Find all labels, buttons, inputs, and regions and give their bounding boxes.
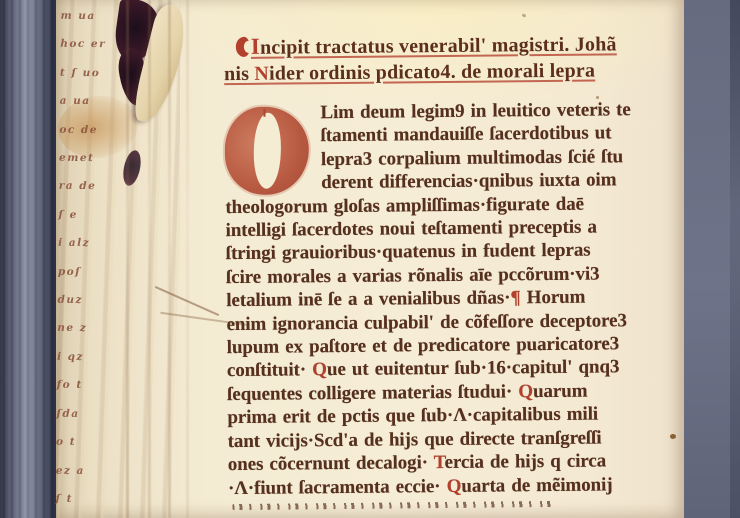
text-segment: prima erit de pctis que ſub·Λ·capitalibu… xyxy=(227,404,598,429)
text-line: conſtituit· Que ut euitentur ſub·16·capi… xyxy=(227,355,665,383)
rubric-segment: ¶ xyxy=(510,288,520,309)
text-line: ·Λ·fiunt ſacramenta eccie· Quarta de mẽi… xyxy=(228,472,666,500)
text-segment: letalium inē ſe a a venialibus dñas· xyxy=(226,288,510,312)
marginalia-line: o t xyxy=(54,428,110,457)
spine-fragment-strip: m ua hoc er t ſ uo a ua oc de emet ra de… xyxy=(56,0,180,518)
text-segment: ſtamenti mandauiſſe ſacerdotibus ut xyxy=(321,123,612,147)
heading-line: Incipit tractatus venerabil' magistri. J… xyxy=(224,30,617,61)
cut-off-text-line xyxy=(232,501,552,510)
text-segment: tant vicijs·Scd'a de hijs que directe tr… xyxy=(228,427,602,452)
text-segment: ſcire morales a varias rõnalis aīe pccõr… xyxy=(226,263,600,288)
text-segment: ones cõcernunt decalogi· xyxy=(228,452,434,475)
paper-speck xyxy=(670,434,676,439)
text-segment: ſtringi grauioribus·quatenus in fudent l… xyxy=(226,240,591,264)
marginalia-line: hoc er xyxy=(58,30,114,59)
heading-line: nis Nider ordinis pdicato4. de morali le… xyxy=(224,57,662,87)
text-segment: theologorum gloſas ampliſſimas·figurate … xyxy=(225,193,584,217)
marginalia-line: ſ e xyxy=(56,201,112,230)
marginalia-line: emet xyxy=(57,144,113,173)
backdrop-right-shadow xyxy=(730,0,740,518)
text-segment: lepra3 corpalium multimodas ſcié ſtu xyxy=(321,146,623,170)
marginalia-line: fo t xyxy=(55,371,111,400)
body-paragraph: Lim deum legim9 in leuitico veteris te ſ… xyxy=(224,98,666,510)
marginalia-line: a ua xyxy=(58,87,114,116)
rubric-segment: Q xyxy=(518,381,533,402)
rubric-segment: Q xyxy=(312,360,327,381)
marginalia-line: t ſ uo xyxy=(58,59,114,88)
rubric-segment: T xyxy=(434,452,445,473)
rubric-mark-icon xyxy=(236,37,250,57)
marginalia-line: poſ xyxy=(56,257,112,286)
text-segment: conſtituit· xyxy=(227,360,312,382)
rubricated-capital: N xyxy=(254,63,269,85)
parchment-crease xyxy=(126,0,129,518)
text-segment: ·Λ·fiunt ſacramenta eccie· xyxy=(228,475,447,498)
text-segment: enim ignorancia culpabil' de cõfeſſore d… xyxy=(226,310,627,335)
parchment-hole xyxy=(120,149,143,188)
text-segment: ercia de hijs q circa xyxy=(444,451,606,474)
marginalia-line: ſda xyxy=(54,399,110,428)
marginalia-line: i qz xyxy=(55,343,111,372)
paper-speck xyxy=(522,13,527,18)
book-cover-edge xyxy=(0,0,56,518)
text-segment: intelligi ſacerdotes noui teſtamenti pre… xyxy=(226,217,597,242)
marginalia-line: m ua xyxy=(58,2,114,31)
marginalia-line: ra de xyxy=(57,172,113,201)
parchment-crease xyxy=(148,0,151,518)
manuscript-marginalia: m ua hoc er t ſ uo a ua oc de emet ra de… xyxy=(53,2,114,517)
text-segment: derent differencias·qnibus iuxta oim xyxy=(321,170,616,194)
incipit-heading: Incipit tractatus venerabil' magistri. J… xyxy=(224,30,662,87)
text-segment: lupum ex paſtore et de predicatore puari… xyxy=(227,333,620,358)
text-segment: ue ut euitentur ſub·16·capitul' qnq3 xyxy=(327,357,620,381)
printed-text-block: Incipit tractatus venerabil' magistri. J… xyxy=(224,30,667,510)
parchment-crease xyxy=(186,0,189,518)
text-line: ſcire morales a varias rõnalis aīe pccõr… xyxy=(226,262,664,290)
marginalia-line: ne z xyxy=(55,314,111,343)
marginalia-line: ſ t xyxy=(53,485,109,514)
marginalia-line: duz xyxy=(55,286,111,315)
marginalia-line: i alz xyxy=(56,229,112,258)
manuscript-photo: go m ua hoc er t ſ uo a ua oc de emet ra… xyxy=(0,0,740,518)
text-segment: Lim deum legim9 in leuitico veteris te xyxy=(320,99,630,123)
marginalia-line: ez a xyxy=(54,456,110,485)
rubric-segment: Q xyxy=(447,475,462,496)
heading-text: nis xyxy=(224,63,254,85)
heading-text: ncipit tractatus venerabil' magistri. Jo… xyxy=(260,33,617,58)
parchment-crease xyxy=(168,0,171,518)
book-page: m ua hoc er t ſ uo a ua oc de emet ra de… xyxy=(56,0,684,518)
paper-speck xyxy=(596,96,599,99)
text-segment: Horum xyxy=(520,287,585,309)
text-segment: ſequentes colligere materias ſtudui· xyxy=(227,381,518,405)
text-segment: uarum xyxy=(533,381,588,403)
heading-text: ider ordinis pdicato4. de morali lepra xyxy=(269,60,595,85)
text-segment: uarta de mẽimonij xyxy=(461,474,612,496)
marginalia-line: oc de xyxy=(57,115,113,144)
text-line: ones cõcernunt decalogi· Tercia de hijs … xyxy=(228,449,666,477)
